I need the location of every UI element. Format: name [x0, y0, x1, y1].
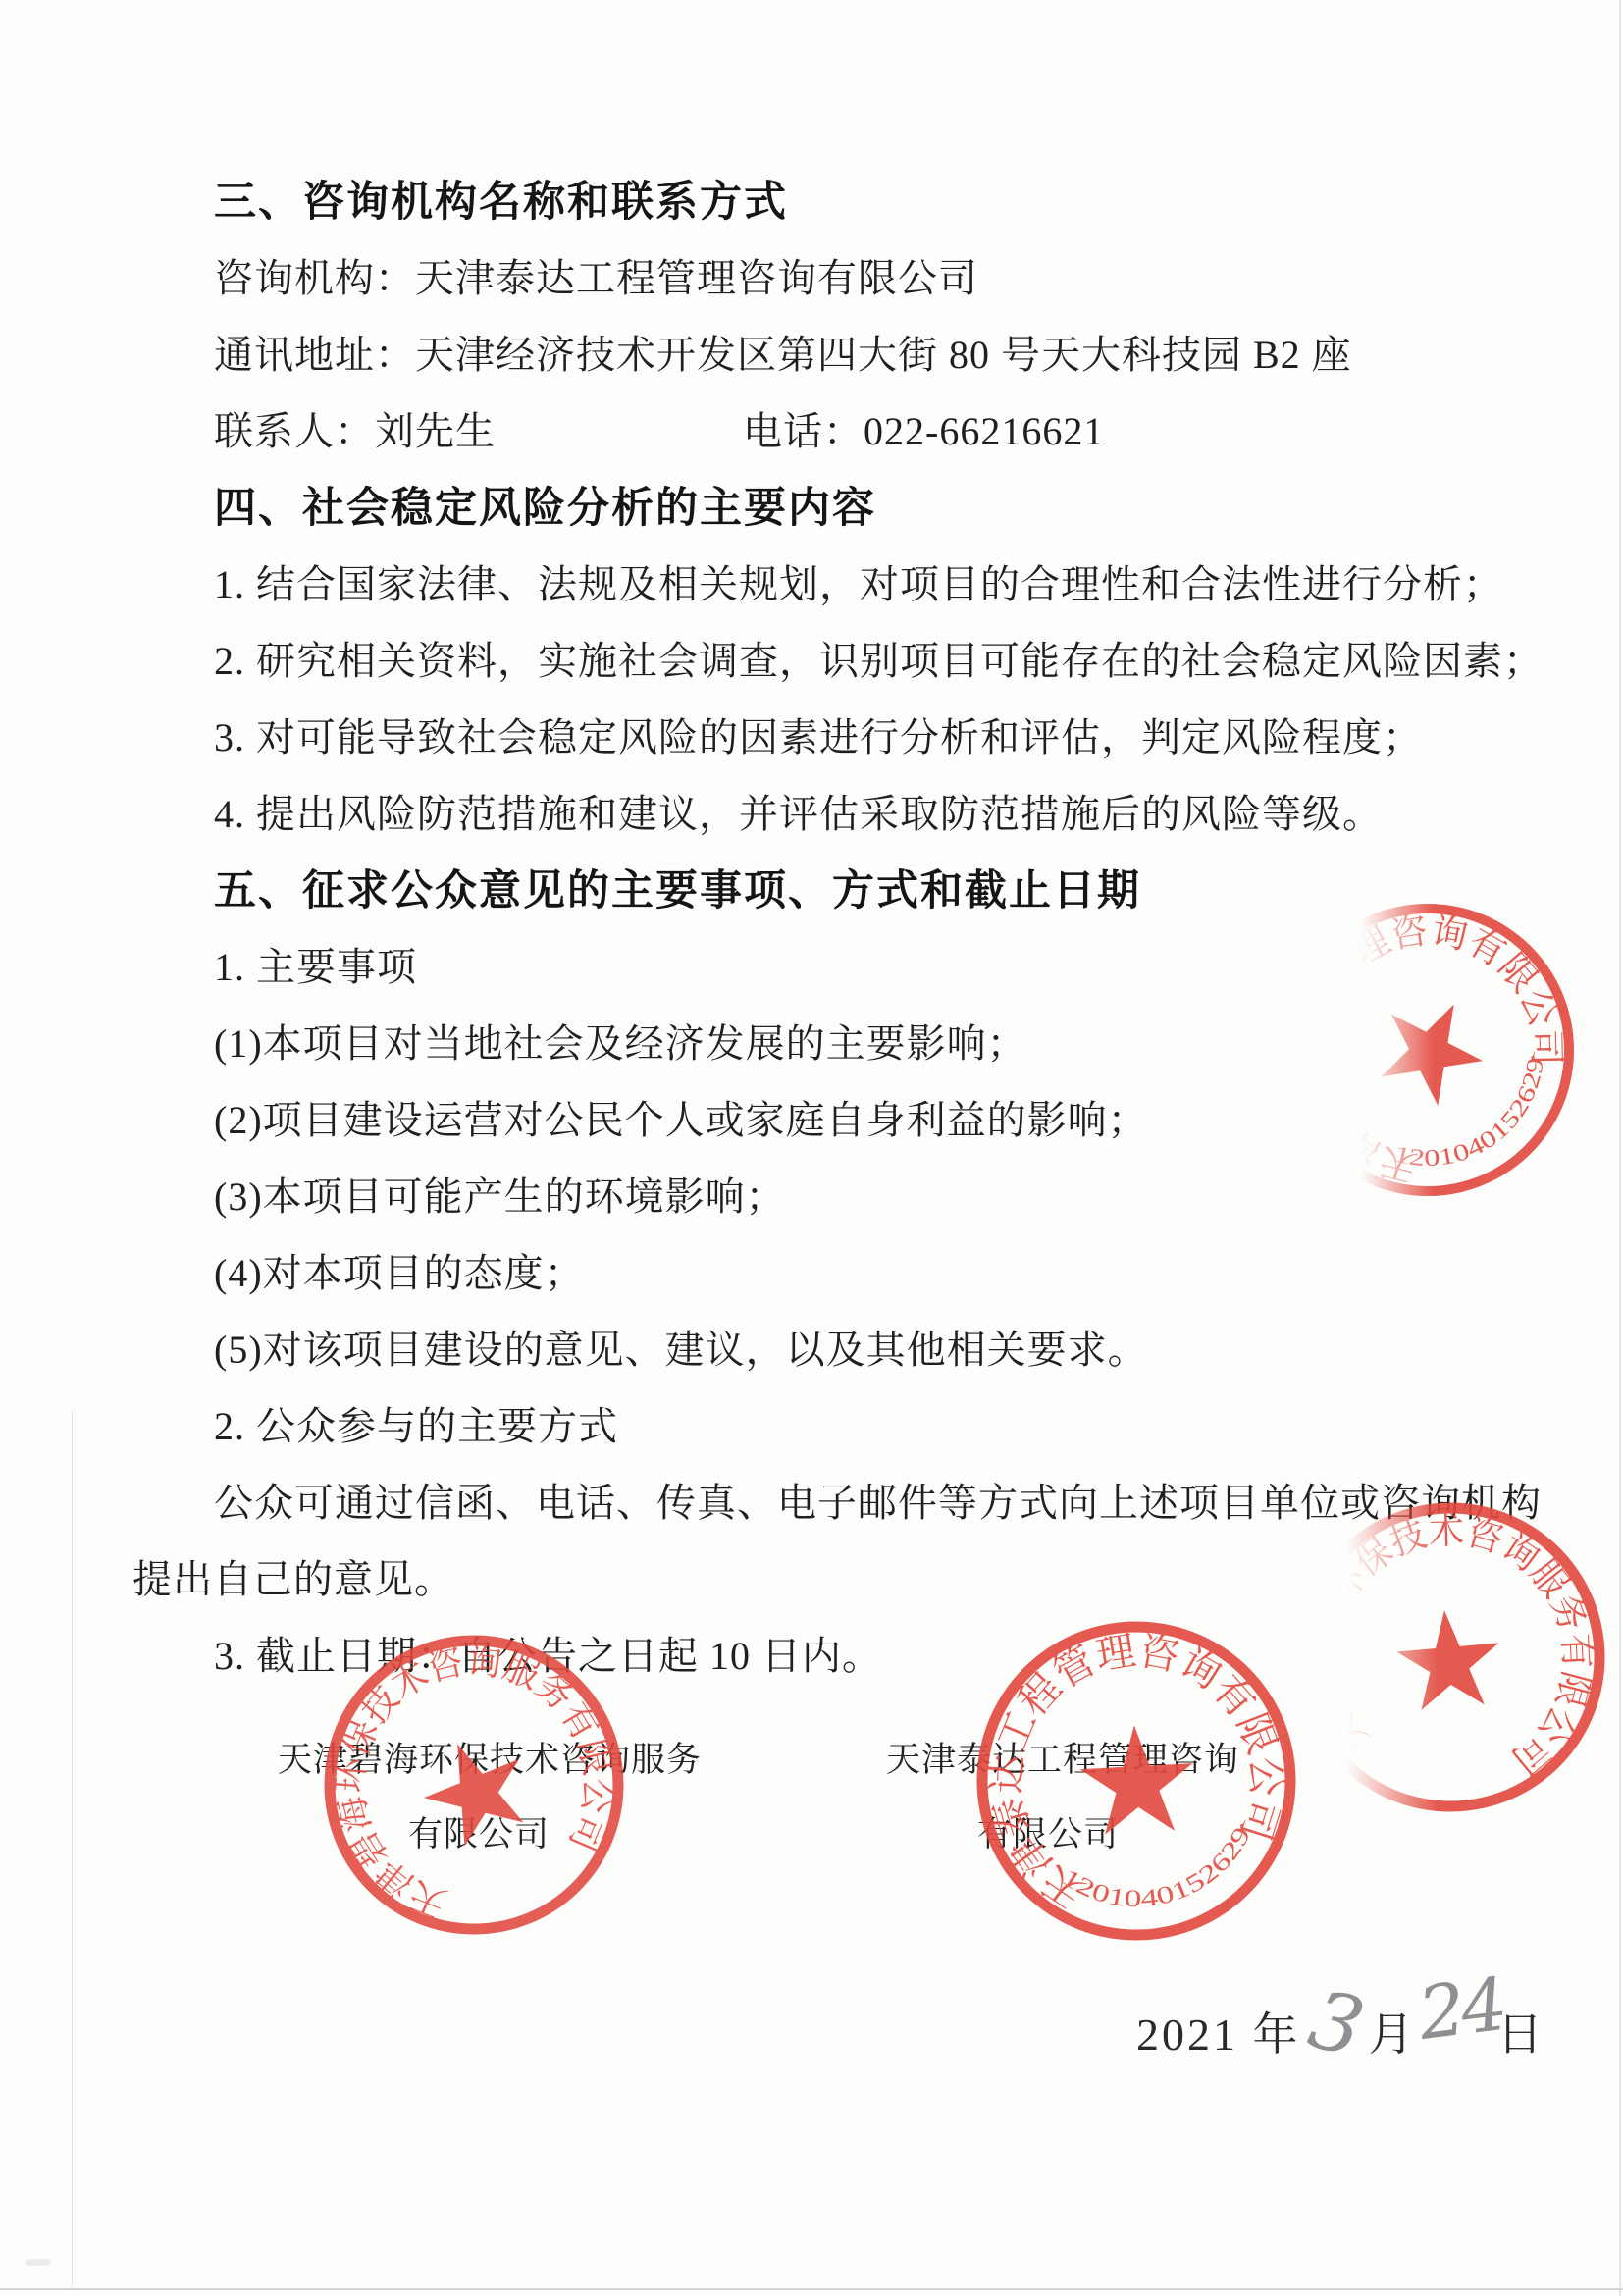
section5-item3-deadline: 3. 截止日期：自公告之日起 10 日内。 — [0, 1614, 1623, 1691]
section5-heading: 五、征求公众意见的主要事项、方式和截止日期 — [0, 849, 1623, 925]
section5-item2-title: 2. 公众参与的主要方式 — [0, 1384, 1623, 1461]
section5-sub-3: (3)本项目可能产生的环境影响； — [0, 1155, 1623, 1231]
address-line: 通讯地址：天津经济技术开发区第四大街 80 号天大科技园 B2 座 — [0, 313, 1623, 390]
section5-sub-4: (4)对本项目的态度； — [0, 1231, 1623, 1308]
contact-line: 联系人：刘先生 电话：022-66216621 — [0, 390, 1623, 466]
section5-item2-line2: 提出自己的意见。 — [0, 1538, 1623, 1614]
scan-smudge — [26, 2259, 51, 2266]
date-line: 2021 年 3 月 24 日 — [1136, 1984, 1545, 2077]
section4-item-1: 1. 结合国家法律、法规及相关规划，对项目的合理性和合法性进行分析； — [0, 543, 1623, 619]
signature-right-line2: 有限公司 — [886, 1807, 1210, 1856]
handwritten-month: 3 — [1300, 1973, 1376, 2077]
section5-item2-line1: 公众可通过信函、电话、传真、电子邮件等方式向上述项目单位或咨询机构 — [0, 1461, 1623, 1538]
section3-heading: 三、咨询机构名称和联系方式 — [0, 160, 1623, 236]
scan-edge-right — [1619, 0, 1621, 2296]
date-month-unit: 月 — [1369, 1999, 1417, 2063]
section4-item-4: 4. 提出风险防范措施和建议，并评估采取防范措施后的风险等级。 — [0, 772, 1623, 849]
signature-left-line2: 有限公司 — [278, 1807, 680, 1856]
scan-edge-bottom — [0, 2288, 1623, 2290]
section5-sub-2: (2)项目建设运营对公民个人或家庭自身利益的影响； — [0, 1078, 1623, 1155]
signature-left-line1: 天津碧海环保技术咨询服务 — [278, 1733, 702, 1782]
section5-sub-5: (5)对该项目建设的意见、建议，以及其他相关要求。 — [0, 1308, 1623, 1384]
contact-phone: 电话：022-66216621 — [743, 400, 1104, 456]
signature-right-line1: 天津泰达工程管理咨询 — [886, 1733, 1239, 1782]
consulting-org-line: 咨询机构：天津泰达工程管理咨询有限公司 — [0, 236, 1623, 313]
section5-item1-title: 1. 主要事项 — [0, 925, 1623, 1002]
document-body: 三、咨询机构名称和联系方式 咨询机构：天津泰达工程管理咨询有限公司 通讯地址：天… — [0, 0, 1623, 1691]
date-year: 2021 年 — [1136, 1999, 1301, 2063]
contact-person: 联系人：刘先生 — [214, 400, 496, 456]
scan-edge-left — [72, 1411, 73, 2290]
section4-item-2: 2. 研究相关资料，实施社会调查，识别项目可能存在的社会稳定风险因素； — [0, 619, 1623, 696]
section4-item-3: 3. 对可能导致社会稳定风险的因素进行分析和评估，判定风险程度； — [0, 696, 1623, 772]
section4-heading: 四、社会稳定风险分析的主要内容 — [0, 466, 1623, 543]
handwritten-day: 24 — [1414, 1962, 1508, 2057]
section5-sub-1: (1)本项目对当地社会及经济发展的主要影响； — [0, 1002, 1623, 1078]
scanned-document-page: 三、咨询机构名称和联系方式 咨询机构：天津泰达工程管理咨询有限公司 通讯地址：天… — [0, 0, 1623, 2296]
